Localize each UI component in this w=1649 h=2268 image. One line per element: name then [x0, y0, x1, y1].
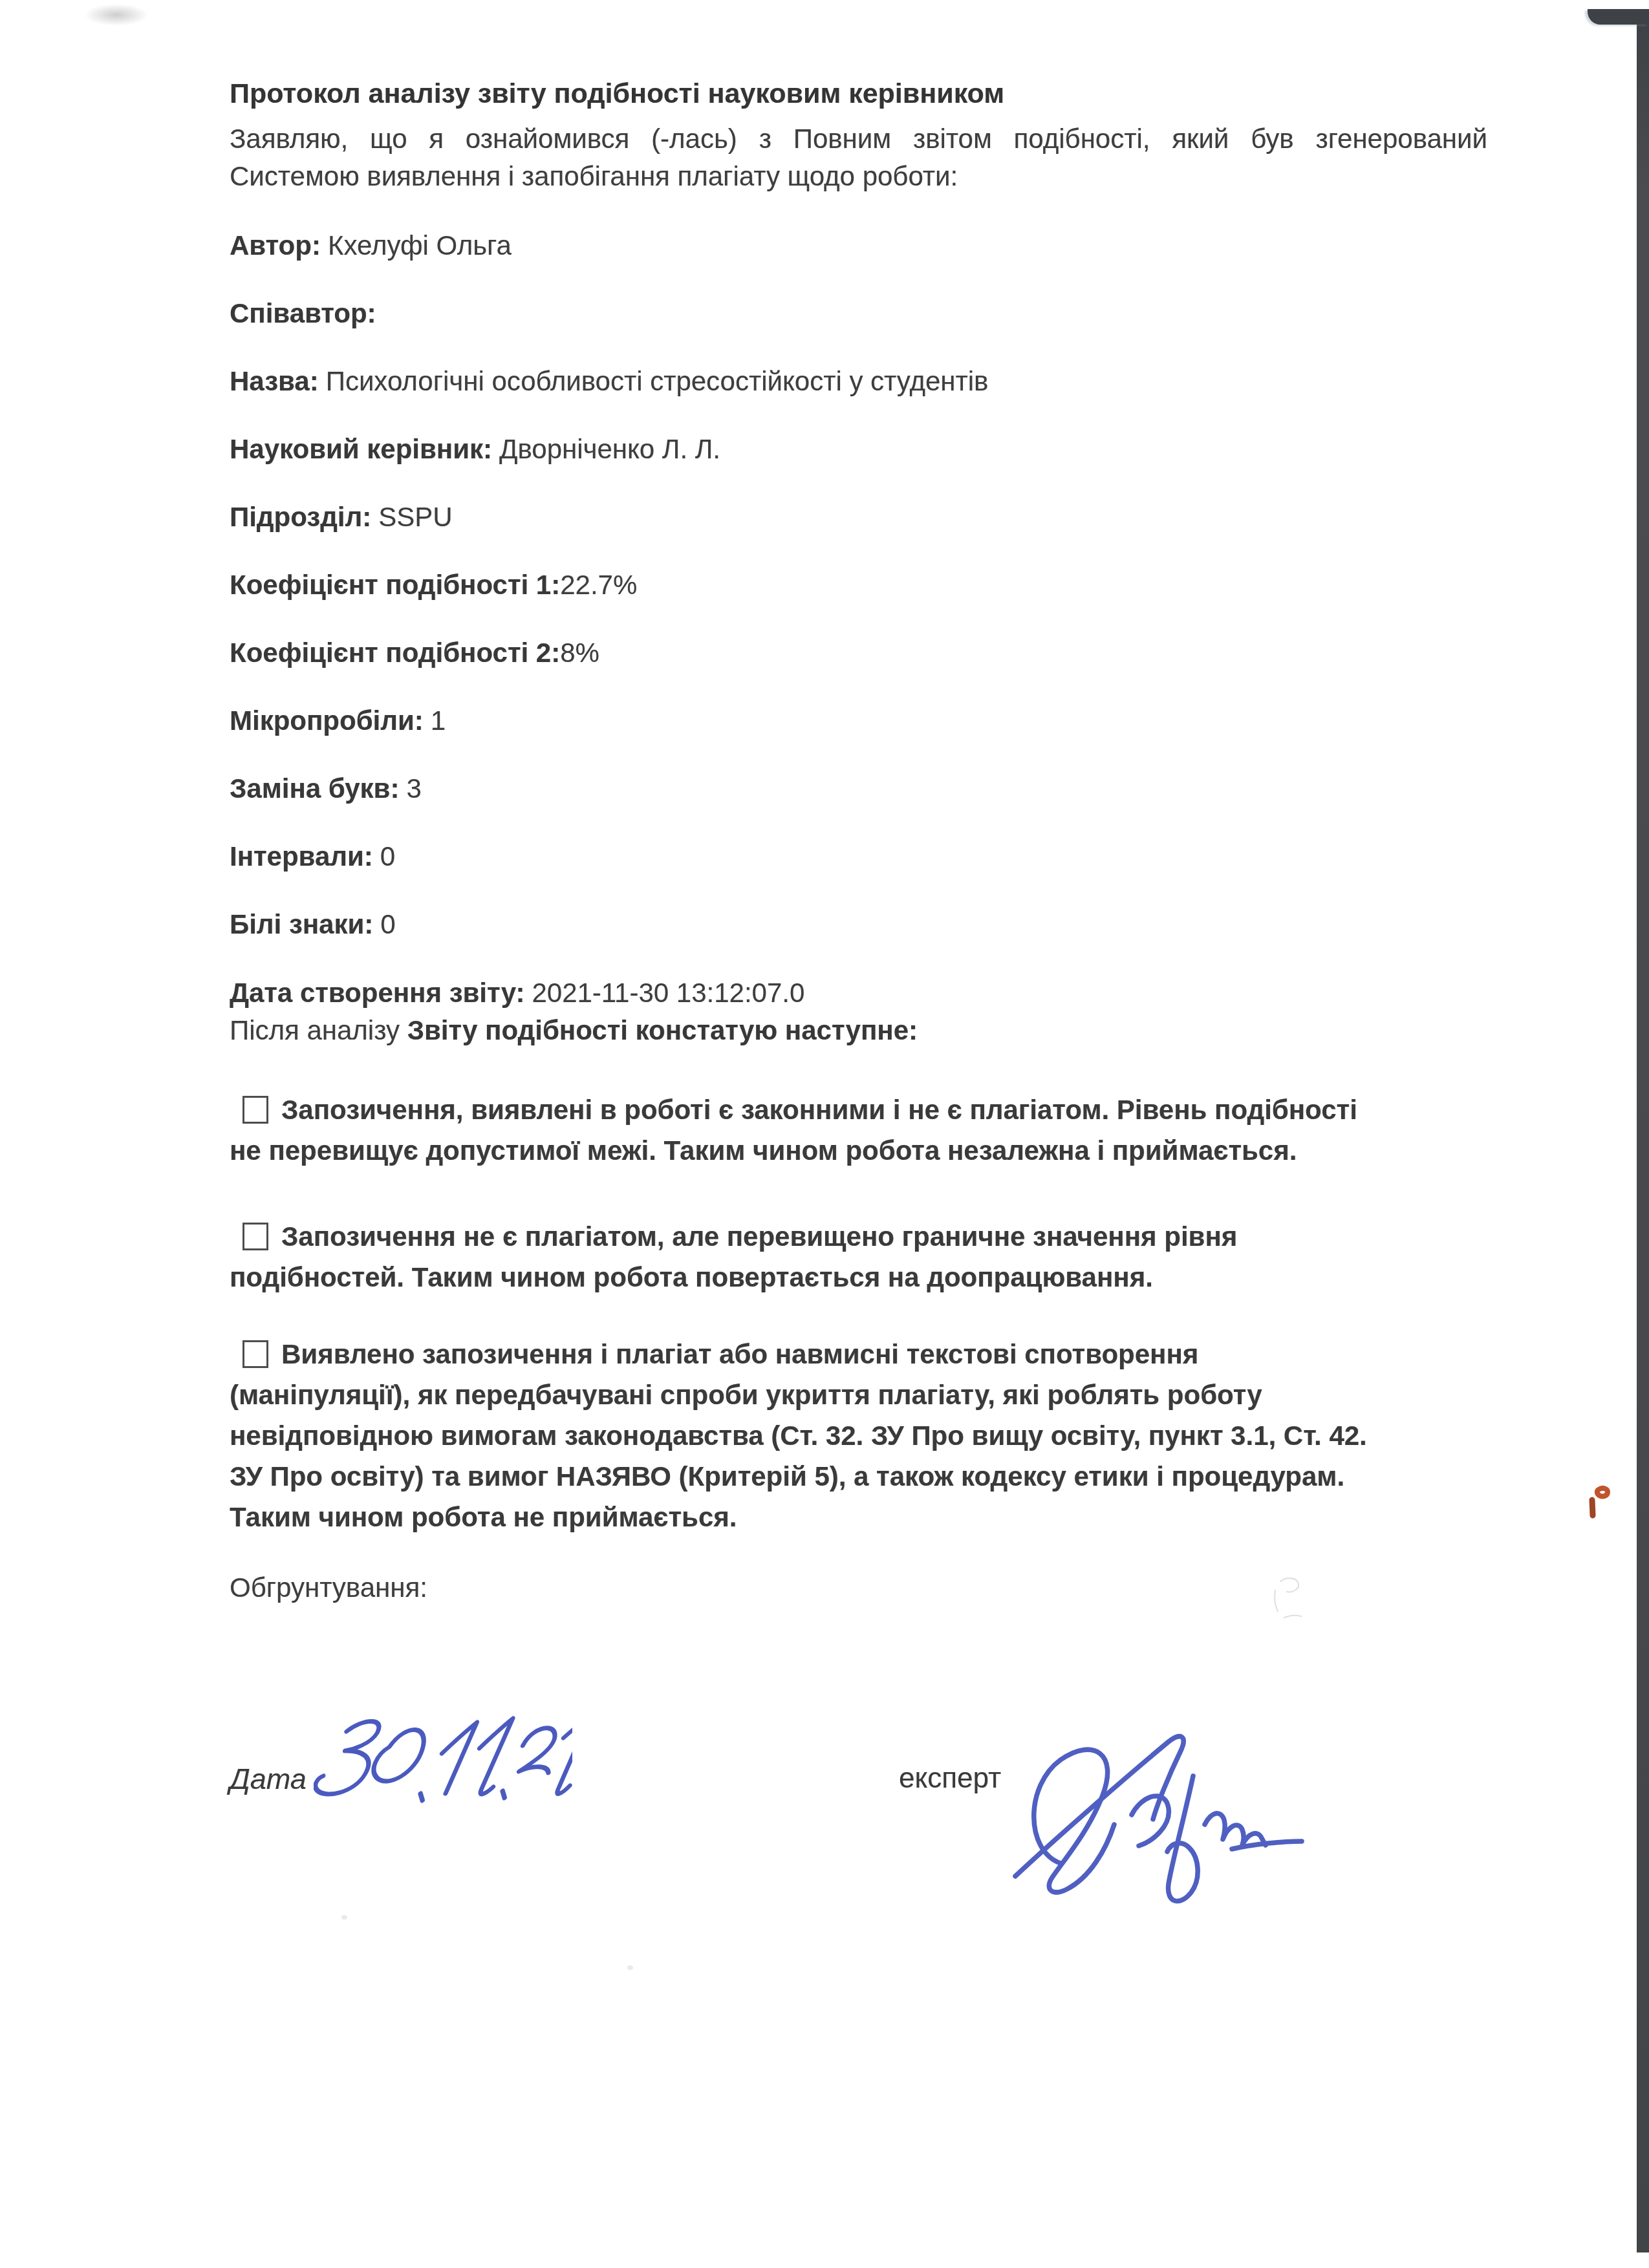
report-date-line: Дата створення звіту:2021-11-30 13:12:07… [230, 974, 1487, 1012]
expert-signature [999, 1715, 1309, 1934]
field-label: Білі знаки: [230, 909, 373, 939]
intro-paragraph: Заявляю, що я ознайомився (-лась) з Повн… [230, 120, 1487, 195]
intro-line-1: Заявляю, що я ознайомився (-лась) з Повн… [230, 120, 1487, 158]
field-intervals: Інтервали:0 [230, 839, 1487, 875]
analysis-bold-part: Звіту подібності констатую наступне: [407, 1015, 918, 1045]
field-label: Мікропробіли: [230, 705, 424, 736]
statement-paragraph-plagiarism-found: Виявлено запозичення і плагіат або навми… [230, 1334, 1487, 1537]
field-label: Заміна букв: [230, 773, 399, 804]
field-label: Автор: [230, 230, 321, 261]
report-date-value: 2021-11-30 13:12:07.0 [532, 978, 804, 1008]
field-white-signs: Білі знаки:0 [230, 906, 1487, 943]
checkbox-plagiarism-found[interactable] [242, 1340, 268, 1368]
field-title-of-work: Назва:Психологічні особливості стресості… [230, 363, 1487, 400]
signature-row: Дата 30.11.21 експерт [230, 1716, 1487, 1987]
red-ink-mark [1583, 1483, 1614, 1522]
checkbox-exceeds-limit[interactable] [242, 1223, 268, 1250]
handwritten-date: 30.11.21 [314, 1708, 572, 1831]
scan-smudge-faint [1269, 1572, 1314, 1624]
scan-smudge-top-left [84, 4, 149, 26]
field-value: 22.7% [560, 570, 637, 600]
field-similarity-coefficient-2: Коефіцієнт подібності 2:8% [230, 635, 1487, 671]
field-department: Підрозділ:SSPU [230, 499, 1487, 535]
field-value: 8% [560, 637, 599, 668]
scan-speck [341, 1915, 347, 1920]
statement-text: Виявлено запозичення і плагіат або навми… [230, 1339, 1367, 1532]
field-value: Кхелуфі Ольга [328, 230, 512, 261]
report-date-block: Дата створення звіту:2021-11-30 13:12:07… [230, 974, 1487, 1049]
document-content: Протокол аналізу звіту подібності науков… [230, 75, 1487, 1987]
field-label: Назва: [230, 366, 319, 396]
field-value: Психологічні особливості стресостійкості… [326, 366, 989, 396]
field-label: Підрозділ: [230, 502, 371, 532]
field-microspaces: Мікропробіли:1 [230, 703, 1487, 739]
analysis-statement-line: Після аналізу Звіту подібності констатую… [230, 1012, 1487, 1049]
field-value: 1 [431, 705, 446, 736]
statement-text: Запозичення, виявлені в роботі є законни… [230, 1095, 1357, 1166]
field-label: Науковий керівник: [230, 434, 492, 464]
signature-expert-label: експерт [899, 1762, 1001, 1795]
field-value: SSPU [378, 502, 452, 532]
document-title: Протокол аналізу звіту подібності науков… [230, 75, 1487, 112]
signature-date-label: Дата [230, 1762, 307, 1796]
statement-text: Запозичення не є плагіатом, але перевище… [230, 1221, 1237, 1292]
field-value: 0 [380, 841, 395, 872]
field-supervisor: Науковий керівник:Дворніченко Л. Л. [230, 431, 1487, 467]
scan-edge-corner [1588, 9, 1649, 25]
report-date-label: Дата створення звіту: [230, 978, 524, 1008]
checkbox-legal-no-plagiarism[interactable] [242, 1096, 268, 1124]
statement-paragraph-exceeds-limit: Запозичення не є плагіатом, але перевище… [230, 1216, 1487, 1298]
field-label: Коефіцієнт подібності 1: [230, 570, 560, 600]
field-value: 3 [406, 773, 421, 804]
field-label: Інтервали: [230, 841, 373, 872]
field-label: Співавтор: [230, 298, 376, 328]
field-author: Автор:Кхелуфі Ольга [230, 228, 1487, 264]
intro-line-2: Системою виявлення і запобігання плагіат… [230, 158, 1487, 195]
scan-speck [627, 1965, 633, 1970]
statement-paragraph-legal: Запозичення, виявлені в роботі є законни… [230, 1089, 1487, 1171]
field-label: Коефіцієнт подібності 2: [230, 637, 560, 668]
field-value: Дворніченко Л. Л. [499, 434, 720, 464]
scanned-document-page: Протокол аналізу звіту подібності науков… [0, 0, 1649, 2268]
field-similarity-coefficient-1: Коефіцієнт подібності 1:22.7% [230, 567, 1487, 603]
field-letter-substitution: Заміна букв:3 [230, 771, 1487, 807]
field-coauthor: Співавтор: [230, 295, 1487, 332]
field-value: 0 [380, 909, 395, 939]
analysis-prefix: Після аналізу [230, 1015, 407, 1045]
scan-edge-strip [1637, 14, 1649, 2252]
